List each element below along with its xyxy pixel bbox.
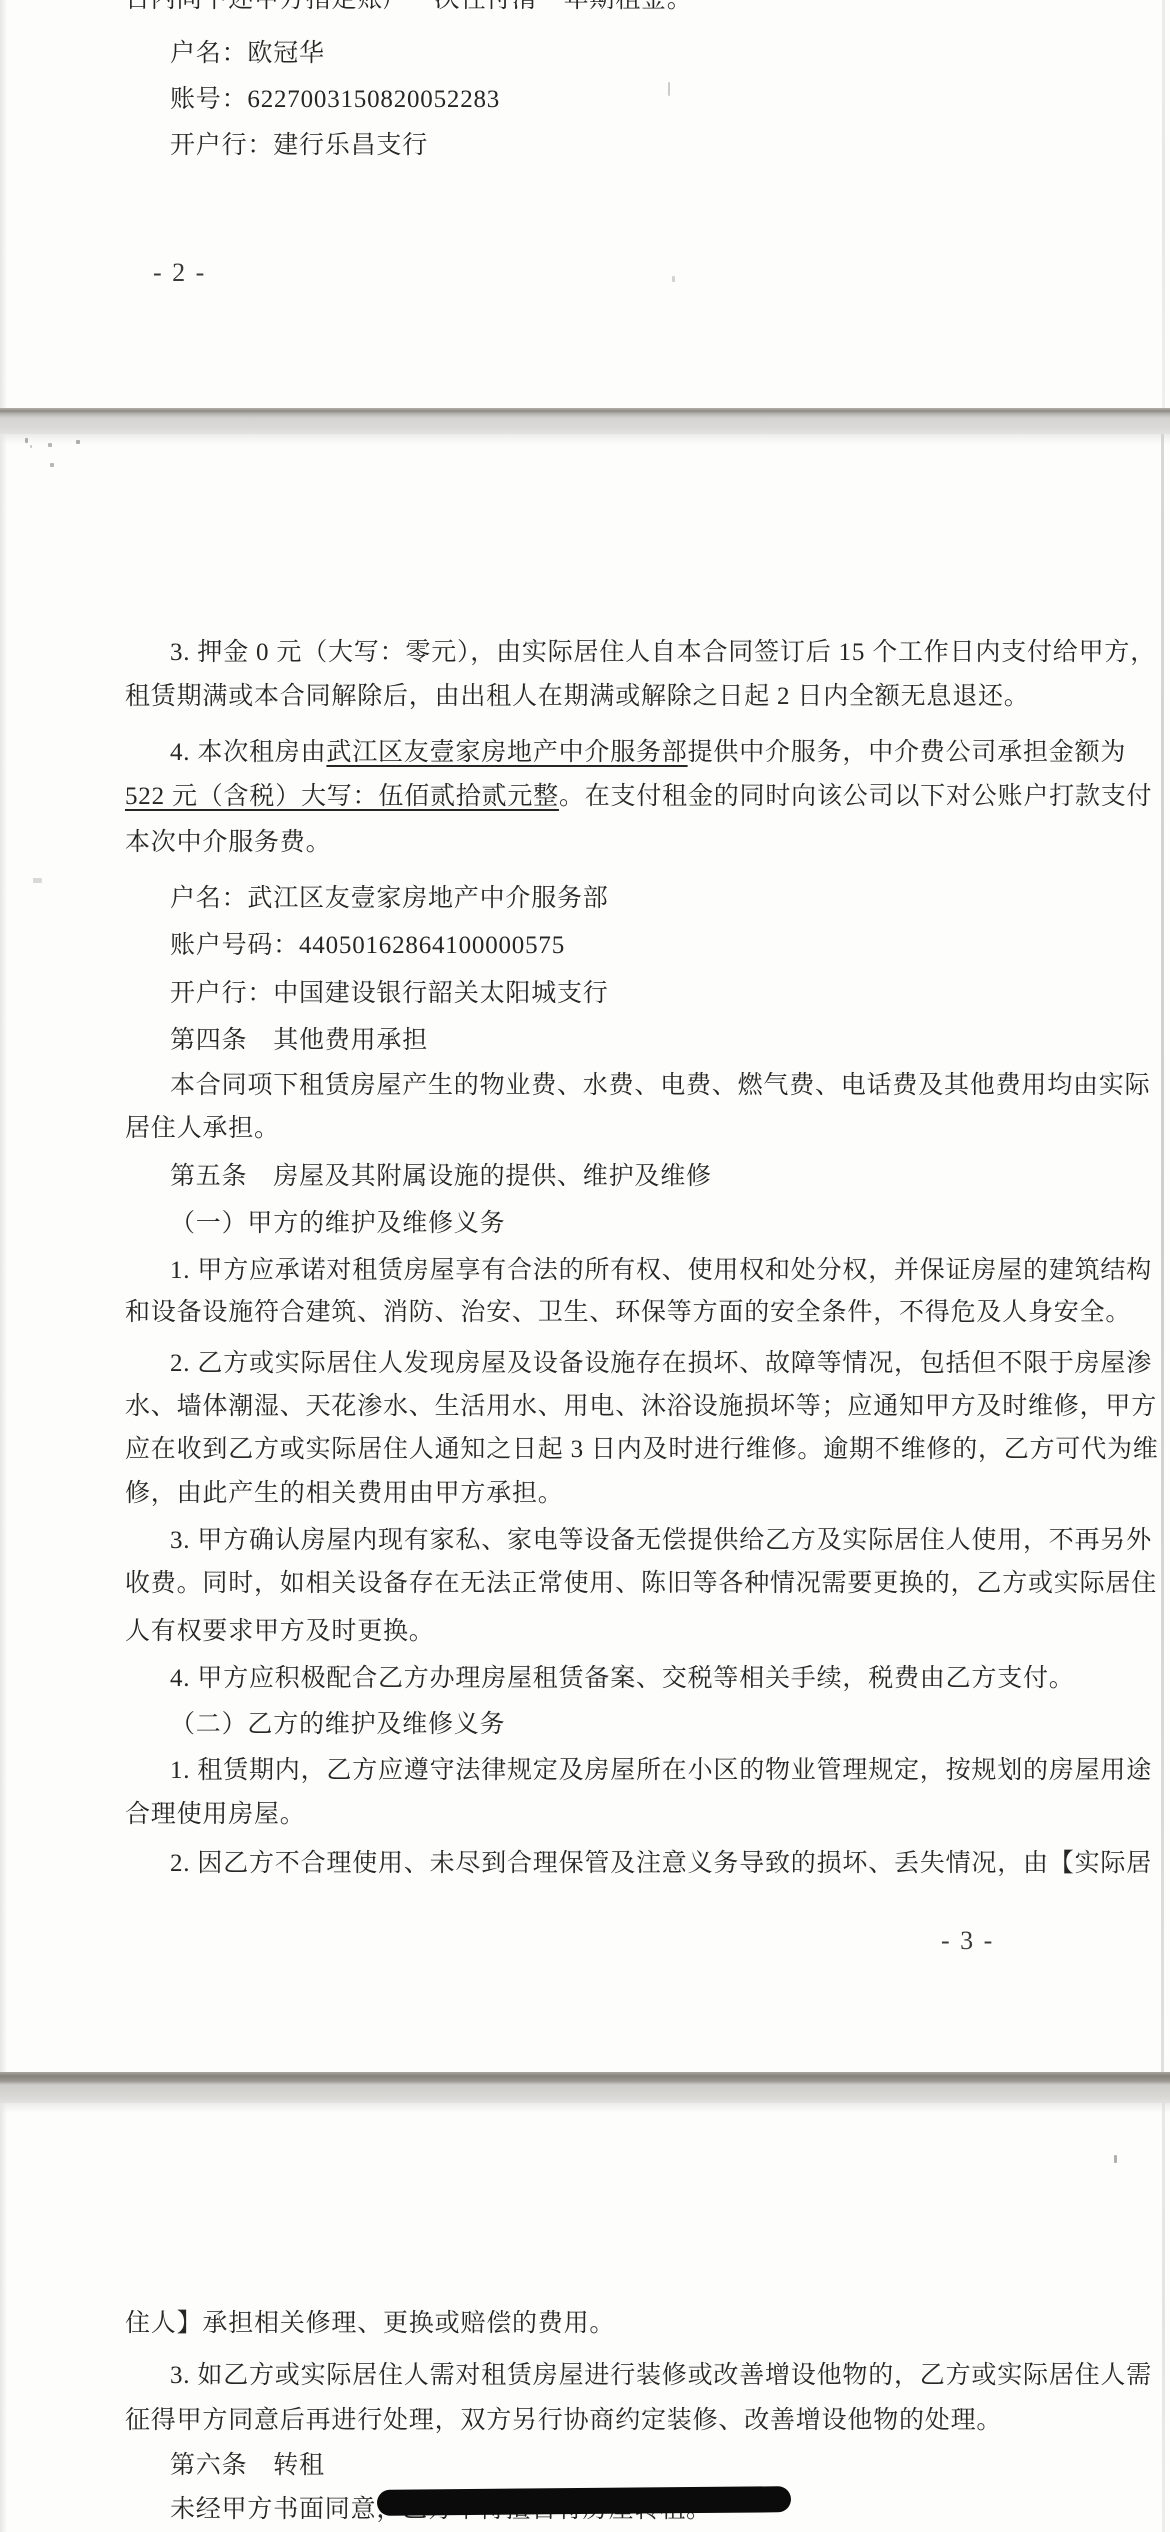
scan-artifact <box>33 878 42 883</box>
p3-article5-sub2-heading: （二）乙方的维护及维修义务 <box>170 1709 505 1741</box>
page2-clipped-line: 日内向下述甲方指定账户一次性付清一年期租金。 <box>125 0 693 16</box>
document-scan-view[interactable]: 日内向下述甲方指定账户一次性付清一年期租金。 户名：欧冠华 账号：6227003… <box>0 0 1170 2532</box>
scan-artifact <box>1114 2155 1117 2163</box>
p3-sub2-clause1-line2: 合理使用房屋。 <box>125 1799 306 1831</box>
page2-account-number: 账号：6227003150820052283 <box>170 84 500 116</box>
page3-page-number: - 3 - <box>941 1926 994 1956</box>
p3-agency-line3: 本次中介服务费。 <box>125 827 331 859</box>
page-left-edge-shadow <box>0 0 7 408</box>
p3-article4-body1: 本合同项下租赁房屋产生的物业费、水费、电费、燃气费、电话费及其他费用均由实际 <box>170 1070 1150 1102</box>
p4-clause3-line1: 3. 如乙方或实际居住人需对租赁房屋进行装修或改善增设他物的，乙方或实际居住人需 <box>170 2360 1152 2392</box>
p3-sub2-clause1-line1: 1. 租赁期内，乙方应遵守法律规定及房屋所在小区的物业管理规定，按规划的房屋用途 <box>170 1755 1152 1787</box>
p4-clause3-line2: 征得甲方同意后再进行处理，双方另行协商约定装修、改善增设他物的处理。 <box>125 2405 1002 2437</box>
p3-deposit-line2: 租赁期满或本合同解除后，由出租人在期满或解除之日起 2 日内全额无息退还。 <box>125 681 1030 713</box>
page-left-edge-shadow <box>0 2103 7 2532</box>
page2-page-number: - 2 - <box>153 258 206 288</box>
page-top-shadow <box>0 434 1170 444</box>
p3-deposit-line1: 3. 押金 0 元（大写：零元），由实际居住人自本合同签订后 15 个工作日内支… <box>170 637 1156 669</box>
redaction-bar <box>377 2486 791 2516</box>
scan-artifact <box>76 440 80 444</box>
p3-clause2-line2: 水、墙体潮湿、天花渗水、生活用水、用电、沐浴设施损坏等；应通知甲方及时维修，甲方 <box>125 1391 1157 1423</box>
p3-article5-sub1-heading: （一）甲方的维护及维修义务 <box>170 1208 505 1240</box>
page-gap <box>0 408 1170 434</box>
page-right-edge-shadow <box>1162 2103 1165 2532</box>
p4-article6-heading: 第六条 转租 <box>170 2450 325 2482</box>
page-right-edge-shadow <box>1161 434 1164 2072</box>
p3-clause2-line4: 修，由此产生的相关费用由甲方承担。 <box>125 1478 564 1510</box>
p3-payee-account-number: 账户号码：44050162864100000575 <box>170 930 565 962</box>
p3-clause4: 4. 甲方应积极配合乙方办理房屋租赁备案、交税等相关手续，税费由乙方支付。 <box>170 1663 1075 1695</box>
page2-account-name: 户名：欧冠华 <box>170 38 325 70</box>
p3-article4-heading: 第四条 其他费用承担 <box>170 1025 428 1057</box>
p3-fee-amount-underlined: 522 元（含税）大写：伍佰贰拾贰元整 <box>125 783 559 810</box>
scan-artifact <box>672 276 675 282</box>
p3-clause2-line3: 应在收到乙方或实际居住人通知之日起 3 日内及时进行维修。逾期不维修的，乙方可代… <box>125 1434 1159 1466</box>
p3-agency-line1-pre: 4. 本次租房由 <box>170 739 326 766</box>
p4-clause2-continuation: 住人】承担相关修理、更换或赔偿的费用。 <box>125 2308 615 2340</box>
page-left-edge-shadow <box>0 434 7 2072</box>
page2-bank: 开户行：建行乐昌支行 <box>170 130 428 162</box>
p3-clause1-line2: 和设备设施符合建筑、消防、治安、卫生、环保等方面的安全条件，不得危及人身安全。 <box>125 1297 1131 1329</box>
p3-agency-line1-post: 提供中介服务，中介费公司承担金额为 <box>688 739 1127 766</box>
p3-article5-heading: 第五条 房屋及其附属设施的提供、维护及维修 <box>170 1161 712 1193</box>
p3-clause3-line3: 人有权要求甲方及时更换。 <box>125 1616 435 1648</box>
p3-agency-line2-post: 。在支付租金的同时向该公司以下对公账户打款支付 <box>559 783 1152 810</box>
scan-artifact <box>668 82 670 96</box>
page-right-edge-shadow <box>1162 0 1165 408</box>
scan-artifact <box>25 438 28 443</box>
p3-clause3-line2: 收费。同时，如相关设备存在无法正常使用、陈旧等各种情况需要更换的，乙方或实际居住 <box>125 1568 1157 1600</box>
p3-payee-name: 户名：武江区友壹家房地产中介服务部 <box>170 883 609 915</box>
p3-agency-line1: 4. 本次租房由武江区友壹家房地产中介服务部提供中介服务，中介费公司承担金额为 <box>170 737 1126 769</box>
scan-artifact <box>30 445 32 448</box>
scan-artifact <box>48 443 52 447</box>
p3-clause3-line1: 3. 甲方确认房屋内现有家私、家电等设备无偿提供给乙方及实际居住人使用，不再另外 <box>170 1525 1152 1557</box>
p3-sub2-clause2-line1: 2. 因乙方不合理使用、未尽到合理保管及注意义务导致的损坏、丢失情况，由【实际居 <box>170 1848 1152 1880</box>
page-top-shadow <box>0 2103 1170 2113</box>
p4-sublet-line-pre: 未经甲方书面同意， <box>170 2496 402 2523</box>
p3-article4-body2: 居住人承担。 <box>125 1113 280 1145</box>
p3-clause2-line1: 2. 乙方或实际居住人发现房屋及设备设施存在损坏、故障等情况，包括但不限于房屋渗 <box>170 1348 1152 1380</box>
p3-agency-line2: 522 元（含税）大写：伍佰贰拾贰元整。在支付租金的同时向该公司以下对公账户打款… <box>125 781 1152 813</box>
page-gap <box>0 2072 1170 2103</box>
p3-clause1-line1: 1. 甲方应承诺对租赁房屋享有合法的所有权、使用权和处分权，并保证房屋的建筑结构 <box>170 1255 1152 1287</box>
p3-agency-name-underlined: 武江区友壹家房地产中介服务部 <box>326 739 687 766</box>
p3-payee-bank: 开户行：中国建设银行韶关太阳城支行 <box>170 978 609 1010</box>
scan-artifact <box>50 463 54 467</box>
